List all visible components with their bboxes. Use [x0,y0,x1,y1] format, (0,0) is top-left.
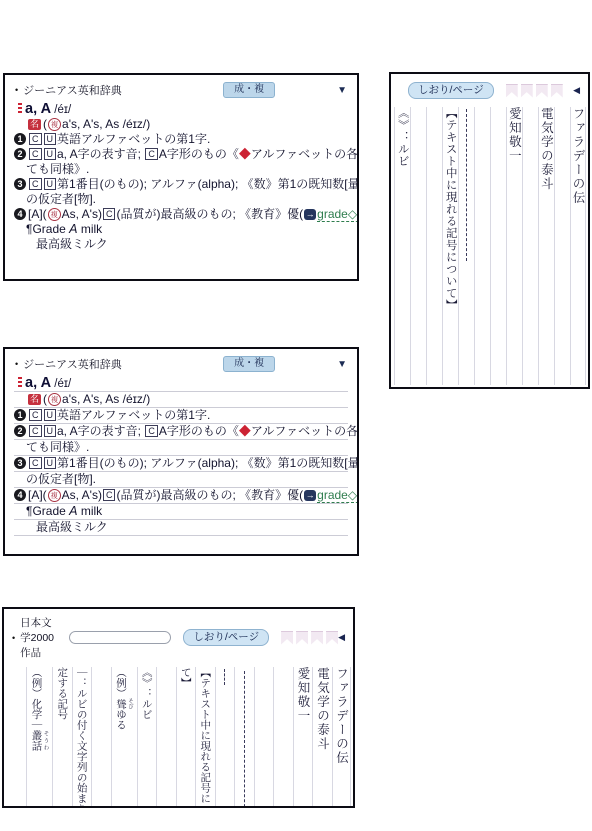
pronunciation: /éɪ/ [51,378,71,390]
vertical-text-column: 《》：ルビ [394,107,410,385]
back-arrow-icon[interactable]: ◀ [338,633,345,642]
empty-column [474,107,490,385]
grammar-label: C [29,178,42,190]
reference-link[interactable]: grade◇[関連] [317,207,359,222]
dictionary-line: 名(複a's, A's, As /éɪz/) [14,392,348,408]
dictionary-line: ても同様》. [14,440,348,456]
dictionary-line: 2CUa, A字の表す音; CA字形のもの《◆アルファベットの各文字につい [14,424,348,440]
dictionary-line: ても同様》. [14,162,348,177]
dictionary-line: ¶Grade A milk [14,222,348,237]
empty-column [490,107,506,385]
entry-text: ¶Grade [26,222,69,236]
vertical-text-area: ファラデーの伝電気学の泰斗愛知敬一【テキスト中に現れる記号について】《》：ルビ（… [4,661,353,808]
entry-text: ( [43,117,47,131]
vertical-text-column: 【テキスト中に現れる記号につい [195,667,215,808]
entry-text: As, A's) [62,207,102,221]
entry-text: アルファベットの各文字につい [251,424,359,438]
bookmark-ribbon-icon[interactable] [296,631,308,645]
sense-number: 2 [14,425,26,437]
dictionary-line: 4[A](複As, A's)C(品質が)最高級のもの; 《教育》優(→grade… [14,207,348,222]
empty-column [156,667,176,808]
entry-text: milk [77,222,102,236]
vertical-text: 《》：ルビ [396,107,409,385]
reference-link[interactable]: grade◇[関連] [317,488,359,503]
bookmark-page-button[interactable]: しおり/ページ [183,629,269,646]
vertical-rule [466,109,467,261]
vertical-text-column: （例）聳そびゆる [111,667,137,808]
entry-text: 第1番目(のもの); アルファ(alpha); 《数》第1の既知数[量]; 《論… [57,456,359,470]
headword: a, A [25,101,51,117]
dictionary-line: a, A /éɪ/ [14,376,348,392]
vertical-text-column: ファラデーの伝 [332,667,352,808]
dictionary-line: 3CU第1番目(のもの); アルファ(alpha); 《数》第1の既知数[量];… [14,456,348,472]
bullet-icon: • [12,633,15,643]
entry-text: (品質が)最高級のもの; 《教育》優( [116,488,303,502]
entry-text: ても同様》. [26,440,89,454]
grammar-label: U [44,133,57,145]
plural-label: 複 [48,393,61,406]
entry-text: milk [77,504,102,518]
dictionary-line: a, A /éɪ/ [14,102,348,117]
entry-text: 英語アルファベットの第1字. [57,408,210,422]
vertical-text-column: 愛知敬一 [506,107,522,385]
dictionary-line: 3CU第1番目(のもの); アルファ(alpha); 《数》第1の既知数[量];… [14,177,348,192]
bookmark-ribbons [281,631,338,645]
entry-text: 最高級ミルク [36,520,108,534]
grammar-label: U [44,457,57,469]
grammar-label: C [29,148,42,160]
grammar-label: U [44,409,57,421]
dictionary-line: 1CU英語アルファベットの第1字. [14,132,348,147]
entry-text: A字形のもの《 [159,147,239,161]
vertical-text: （例）聳そびゆる [115,667,133,808]
sense-number: 1 [14,133,26,145]
bookmark-ribbon-icon[interactable] [281,631,293,645]
vertical-text: ｜：ルビの付く文字列の始まりを特 [76,667,88,808]
vertical-text: 愛知敬一 [507,107,521,385]
grammar-label: U [44,425,57,437]
grammar-label: C [29,457,42,469]
ruby-text: 聳そび [115,699,127,710]
sense-number: 4 [14,208,26,220]
entry-text: 英語アルファベットの第1字. [57,132,210,146]
vertical-text-column: 【テキスト中に現れる記号について】 [442,107,458,385]
grammar-label: C [145,148,158,160]
text-rule-column [458,107,474,385]
entry-text: a, A字の表す音; [57,424,144,438]
bookmark-ribbon-icon[interactable] [506,84,518,98]
vertical-text: 電気学の泰斗 [539,107,553,385]
vertical-text-column: ｜：ルビの付く文字列の始まりを特 [72,667,92,808]
entry-text: a, A字の表す音; [57,147,144,161]
dictionary-header: • ジーニアス英和辞典 成・複 ▼ [5,349,357,374]
vertical-text: 電気学の泰斗 [315,667,329,808]
dictionary-body: a, A /éɪ/名(複a's, A's, As /éɪz/)1CU英語アルファ… [5,374,357,536]
grammar-label: C [29,409,42,421]
headword: a, A [25,375,51,391]
grammar-label: U [44,148,57,160]
plural-label: 複 [48,489,61,502]
vertical-text: 【テキスト中に現れる記号につい [199,667,211,808]
vertical-rule [244,671,245,808]
vertical-text: （例）化学｜叢話そうわ [30,667,48,808]
empty-column [522,107,538,385]
bookmark-ribbon-icon[interactable] [311,631,323,645]
entry-text: (品質が)最高級のもの; 《教育》優( [116,207,303,221]
bullet-icon: • [15,85,18,95]
dictionary-line: 最高級ミルク [14,237,348,252]
bookmark-ribbon-icon[interactable] [326,631,338,645]
part-of-speech-label: 名 [28,119,41,130]
grammar-label: C [145,425,158,437]
text-rule-column [234,667,254,808]
sense-number: 3 [14,457,26,469]
vertical-text: 【テキスト中に現れる記号について】 [444,107,457,385]
empty-column [91,667,111,808]
dictionary-line: 最高級ミルク [14,520,348,536]
dictionary-panel-middle: • ジーニアス英和辞典 成・複 ▼ a, A /éɪ/名(複a's, A's, … [3,347,359,556]
grammar-label: C [103,489,116,501]
empty-column [410,107,426,385]
grammar-label: C [29,425,42,437]
diamond-icon: ◆ [239,424,251,438]
entry-text: の仮定者[物]. [26,472,96,486]
vertical-text-column: て】 [176,667,196,808]
entry-text: ¶Grade [26,504,69,518]
vertical-text: 《》：ルビ [141,667,153,808]
empty-column [273,667,293,808]
grammar-label: C [29,133,42,145]
entry-text: ( [43,392,47,406]
bullet-icon: • [15,359,18,369]
bookmark-ribbons [506,84,563,98]
entry-text: ても同様》. [26,162,89,176]
entry-text: 第1番目(のもの); アルファ(alpha); 《数》第1の既知数[量]; 《論… [57,177,359,191]
dictionary-header: • ジーニアス英和辞典 成・複 ▼ [5,75,357,100]
grammar-label: U [44,178,57,190]
ruby-text: 叢話そうわ [31,730,43,751]
dictionary-title: ジーニアス英和辞典 [23,356,122,372]
reader-header: • 日本文学2000作品 しおり/ページ ◀ [4,609,353,661]
bookmark-ribbon-icon[interactable] [521,84,533,98]
entry-text: の仮定者[物]. [26,192,96,206]
dictionary-panel-top: • ジーニアス英和辞典 成・複 ▼ a, A /éɪ/名(複a's, A's, … [3,73,359,281]
dictionary-line: 2CUa, A字の表す音; CA字形のもの《◆アルファベットの各文字につい [14,147,348,162]
vertical-rule [224,669,225,685]
vertical-text-column: 電気学の泰斗 [312,667,332,808]
entry-text: [A]( [28,488,47,502]
entry-text: a's, A's, As /éɪz/) [62,117,150,131]
dictionary-line: ¶Grade A milk [14,504,348,520]
reader-panel-right: しおり/ページ ◀ ファラデーの伝電気学の泰斗愛知敬一【テキスト中に現れる記号に… [389,72,590,389]
entry-text: アルファベットの各文字につい [251,147,359,161]
idiom-compound-button[interactable]: 成・複 [223,82,275,98]
vertical-text-column: （例）化学｜叢話そうわ [26,667,52,808]
idiom-compound-button[interactable]: 成・複 [223,356,275,372]
reader-panel-bottom: • 日本文学2000作品 しおり/ページ ◀ ファラデーの伝電気学の泰斗愛知敬一… [2,607,355,808]
sense-number: 2 [14,148,26,160]
sense-number: 1 [14,409,26,421]
plural-label: 複 [48,208,61,221]
plural-label: 複 [48,118,61,131]
entry-text: a's, A's, As /éɪz/) [62,392,150,406]
back-arrow-icon[interactable]: ◀ [573,86,580,95]
empty-column [554,107,570,385]
dictionary-line: 名(複a's, A's, As /éɪz/) [14,117,348,132]
part-of-speech-label: 名 [28,394,41,405]
jump-arrow-icon[interactable]: → [304,209,316,220]
search-input[interactable] [69,631,171,644]
diamond-icon: ◆ [239,147,251,161]
bookmark-page-button[interactable]: しおり/ページ [408,82,494,99]
entry-text: As, A's) [62,488,102,502]
pronunciation: /éɪ/ [51,104,71,116]
dictionary-body: a, A /éɪ/名(複a's, A's, As /éɪz/)1CU英語アルファ… [5,100,357,252]
empty-column [426,107,442,385]
vertical-text: ファラデーの伝 [334,667,348,808]
dictionary-line: の仮定者[物]. [14,472,348,488]
grammar-label: C [103,208,116,220]
empty-column [254,667,274,808]
vertical-text-area: ファラデーの伝電気学の泰斗愛知敬一【テキスト中に現れる記号について】《》：ルビ [391,101,588,387]
dictionary-title: ジーニアス英和辞典 [23,82,122,98]
entry-text: A字形のもの《 [159,424,239,438]
sense-number: 3 [14,178,26,190]
bookmark-ribbon-icon[interactable] [551,84,563,98]
importance-marker-icon [18,377,22,388]
chevron-down-icon[interactable]: ▼ [337,85,347,96]
entry-text: 最高級ミルク [36,237,108,251]
bookmark-ribbon-icon[interactable] [536,84,548,98]
vertical-text-column: 定する記号 [52,667,72,808]
collection-title: 日本文学2000作品 [20,615,56,660]
vertical-text: て】 [180,667,192,808]
entry-text: [A]( [28,207,47,221]
vertical-text-column: ファラデーの伝 [570,107,586,385]
vertical-text-column: 《》：ルビ [137,667,157,808]
sense-number: 4 [14,489,26,501]
vertical-text-column: 電気学の泰斗 [538,107,554,385]
vertical-text: ファラデーの伝 [571,107,585,385]
jump-arrow-icon[interactable]: → [304,490,316,501]
reader-header: しおり/ページ ◀ [391,74,588,101]
dictionary-line: 1CU英語アルファベットの第1字. [14,408,348,424]
dictionary-line: の仮定者[物]. [14,192,348,207]
vertical-text-column: 愛知敬一 [293,667,313,808]
dictionary-line: 4[A](複As, A's)C(品質が)最高級のもの; 《教育》優(→grade… [14,488,348,504]
vertical-text: 愛知敬一 [296,667,310,808]
vertical-text: 定する記号 [56,667,68,808]
importance-marker-icon [18,103,22,114]
chevron-down-icon[interactable]: ▼ [337,359,347,370]
text-rule-column [215,667,235,808]
